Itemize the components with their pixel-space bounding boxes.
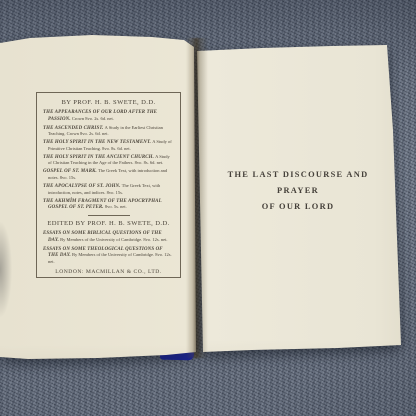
- section-divider-rule: [88, 215, 130, 216]
- half-title-line1: THE LAST DISCOURSE AND PRAYER: [222, 167, 374, 199]
- book-list-entry: ESSAYS ON SOME THEOLOGICAL QUESTIONS OF …: [43, 246, 174, 265]
- book-list-entry: ESSAYS ON SOME BIBLICAL QUESTIONS OF THE…: [43, 230, 174, 243]
- book-title: THE AKHMÎM FRAGMENT OF THE APOCRYPHAL GO…: [43, 199, 162, 211]
- book-title: GOSPEL OF ST. MARK.: [43, 169, 97, 174]
- ad-heading-by-author: BY PROF. H. B. SWETE, D.D.: [43, 99, 174, 106]
- book-list-entry: GOSPEL OF ST. MARK. The Greek Text, with…: [43, 168, 174, 180]
- photo-open-book-on-fabric: BY PROF. H. B. SWETE, D.D. THE APPEARANC…: [0, 0, 416, 416]
- book-title: THE HOLY SPIRIT IN THE ANCIENT CHURCH.: [43, 155, 154, 160]
- book-list-entry: THE APPEARANCES OF OUR LORD AFTER THE PA…: [43, 109, 174, 122]
- half-title: THE LAST DISCOURSE AND PRAYER OF OUR LOR…: [222, 167, 374, 215]
- book-list-entry: THE HOLY SPIRIT IN THE ANCIENT CHURCH. A…: [43, 154, 174, 166]
- publisher-imprint: LONDON: MACMILLAN & CO., LTD.: [43, 269, 174, 275]
- publisher-ad-box: BY PROF. H. B. SWETE, D.D. THE APPEARANC…: [36, 92, 181, 278]
- book-list-entry: THE ASCENDED CHRIST. A Study in the Earl…: [43, 125, 174, 137]
- book-title: THE HOLY SPIRIT IN THE NEW TESTAMENT.: [43, 140, 151, 145]
- book-title: THE APOCALYPSE OF ST. JOHN.: [43, 184, 121, 189]
- book-title: THE ASCENDED CHRIST.: [43, 126, 103, 131]
- book-list-entry: THE HOLY SPIRIT IN THE NEW TESTAMENT. A …: [43, 139, 174, 151]
- book-list-entry: THE APOCALYPSE OF ST. JOHN. The Greek Te…: [43, 183, 174, 195]
- book-desc: Crown 8vo. 2s. 6d. net.: [72, 116, 114, 121]
- book-desc: By Members of the University of Cambridg…: [60, 237, 167, 242]
- half-title-line2: OF OUR LORD: [222, 199, 374, 215]
- book-desc: 8vo. 5s. net.: [105, 204, 127, 209]
- book-list-entry: THE AKHMÎM FRAGMENT OF THE APOCRYPHAL GO…: [43, 198, 174, 211]
- ad-heading-edited-by: EDITED BY PROF. H. B. SWETE, D.D.: [43, 220, 174, 227]
